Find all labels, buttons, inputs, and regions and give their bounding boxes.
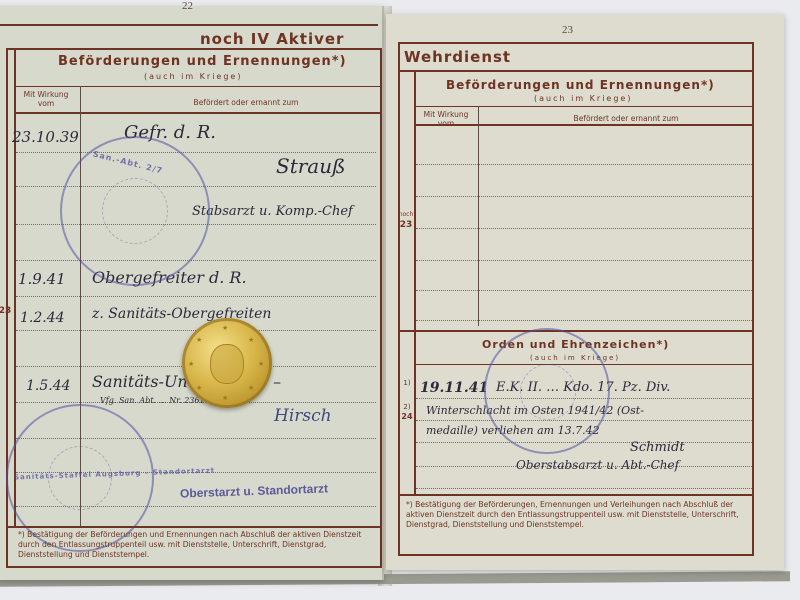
entry-rank: z. Sanitäts-Obergefreiten xyxy=(92,306,271,322)
table-subtitle: (auch im Kriege) xyxy=(534,94,632,103)
page-number: 23 xyxy=(562,24,573,36)
table-title: Beförderungen und Ernennungen*) xyxy=(58,54,347,69)
award-date: 19.11.41 xyxy=(420,380,488,396)
footnote: *) Bestätigung der Beförderungen, Ernenn… xyxy=(406,500,746,530)
section-header: Wehrdienst xyxy=(404,48,511,66)
footnote: *) Bestätigung der Beförderungen und Ern… xyxy=(18,530,374,560)
table-title: Beförderungen und Ernennungen*) xyxy=(446,78,715,92)
entry-date: 1.2.44 xyxy=(20,310,65,326)
margin-label: noch xyxy=(398,210,414,220)
entry-date: 23.10.39 xyxy=(12,128,79,146)
col-rank-header: Befördert oder ernannt zum xyxy=(526,114,726,123)
signer-title: Stabsarzt u. Komp.-Chef xyxy=(192,204,353,219)
page-number: 22 xyxy=(182,0,193,12)
margin-number: 23 xyxy=(398,220,414,230)
right-page: 23 Wehrdienst Beförderungen und Ernennun… xyxy=(386,14,784,570)
coin: ★ ★ ★ ★ ★ ★ ★ ★ xyxy=(182,318,272,408)
entry-date: 1.9.41 xyxy=(18,270,66,288)
entry-date: 1.5.44 xyxy=(26,378,71,394)
signature: Strauß xyxy=(276,154,345,178)
col-date-header: Mit Wirkung vom xyxy=(16,90,76,108)
signature: Schmidt xyxy=(630,440,685,455)
signature: Hirsch xyxy=(274,406,332,426)
table-subtitle: (auch im Kriege) xyxy=(144,72,242,81)
signer-title: Oberstabsarzt u. Abt.-Chef xyxy=(516,458,679,472)
left-page: 22 noch IV Aktiver Beförderungen und Ern… xyxy=(0,6,384,580)
margin-number: 23 xyxy=(0,306,14,316)
col-rank-header: Befördert oder ernannt zum xyxy=(146,98,346,107)
section-header: noch IV Aktiver xyxy=(200,30,344,48)
official-stamp xyxy=(484,328,610,454)
official-stamp: San.-Abt. 2/7 xyxy=(60,136,210,286)
